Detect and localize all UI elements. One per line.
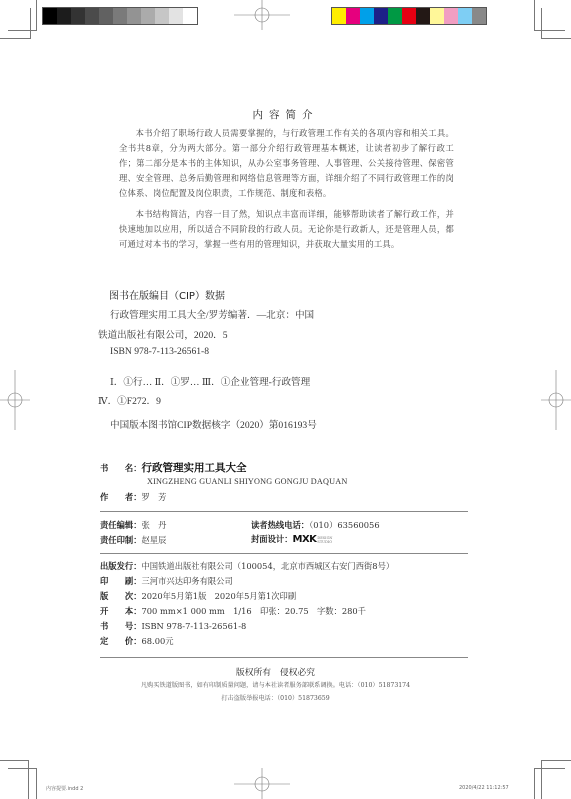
color-swatch bbox=[346, 8, 360, 24]
gray-swatch bbox=[183, 8, 197, 24]
color-swatch bbox=[402, 8, 416, 24]
author-label: 作 者： bbox=[100, 492, 142, 502]
gray-swatch bbox=[155, 8, 169, 24]
publisher-value: 中国铁道出版社有限公司（100054，北京市西城区右安门西街8号） bbox=[142, 561, 395, 571]
registration-mark-right-icon bbox=[531, 370, 571, 430]
format-row: 开 本：700 mm×1 000 mm 1/16 印张：20.75 字数：280… bbox=[100, 605, 366, 617]
color-swatch bbox=[430, 8, 444, 24]
edition-label: 版 次： bbox=[100, 591, 142, 601]
crop-mark-top-right-inner bbox=[541, 8, 571, 39]
edition-row: 版 次：2020年5月第1版 2020年5月第1次印刷 bbox=[100, 590, 296, 602]
cover-design-row: 封面设计：MXKDESIGN STUDIO bbox=[251, 533, 327, 545]
crop-mark-bottom-right-inner bbox=[534, 768, 565, 799]
cip-heading: 图书在版编目（CIP）数据 bbox=[109, 287, 225, 302]
color-swatch bbox=[388, 8, 402, 24]
printer-value: 三河市兴达印务有限公司 bbox=[142, 576, 233, 586]
color-swatch bbox=[374, 8, 388, 24]
mxk-logo-subtitle: DESIGN STUDIO bbox=[317, 536, 327, 544]
cip-classification-1: Ⅰ．①行… Ⅱ．①罗… Ⅲ．①企业管理-行政管理 bbox=[110, 374, 310, 388]
registration-mark-bottom-icon bbox=[232, 768, 292, 799]
format-label: 开 本： bbox=[100, 606, 142, 616]
cmyk-color-bar bbox=[331, 7, 487, 25]
copyright-heading: 版权所有 侵权必究 bbox=[0, 665, 561, 678]
color-swatch bbox=[444, 8, 458, 24]
copyright-service-note: 凡购买铁道版图书，如有印制质量问题，请与本社读者服务部联系调换。电话：（010）… bbox=[0, 680, 561, 689]
isbn-label: 书 号： bbox=[100, 621, 142, 631]
color-swatch bbox=[332, 8, 346, 24]
author-row: 作 者：罗 芳 bbox=[100, 491, 166, 503]
registration-mark-top-icon bbox=[232, 0, 292, 35]
cip-isbn: ISBN 978-7-113-26561-8 bbox=[110, 346, 209, 357]
cip-line-2: 铁道出版社有限公司，2020．5 bbox=[98, 327, 228, 341]
gray-swatch bbox=[99, 8, 113, 24]
divider-2 bbox=[100, 553, 468, 554]
format-value: 700 mm×1 000 mm 1/16 印张：20.75 字数：280千 bbox=[142, 606, 366, 616]
cip-classification-2: Ⅳ．①F272．9 bbox=[98, 393, 161, 407]
mxk-logo: MXK bbox=[293, 534, 317, 545]
color-swatch bbox=[416, 8, 430, 24]
editor-value: 张 丹 bbox=[142, 520, 167, 530]
cover-design-label: 封面设计： bbox=[251, 534, 293, 544]
book-title-value: 行政管理实用工具大全 bbox=[142, 462, 247, 474]
publisher-row: 出版发行：中国铁道出版社有限公司（100054，北京市西城区右安门西街8号） bbox=[100, 560, 394, 572]
gray-swatch bbox=[113, 8, 127, 24]
summary-paragraph-1: 本书介绍了职场行政人员需要掌握的，与行政管理工作有关的各项内容和相关工具。全书共… bbox=[119, 126, 454, 201]
crop-mark-top-left-inner bbox=[0, 8, 31, 39]
divider-3 bbox=[100, 657, 468, 658]
print-manager-row: 责任印制：赵星辰 bbox=[100, 534, 166, 546]
gray-swatch bbox=[71, 8, 85, 24]
gray-swatch bbox=[127, 8, 141, 24]
hotline-value: （010）63560056 bbox=[309, 520, 380, 530]
book-title-row: 书 名：行政管理实用工具大全 bbox=[100, 460, 247, 475]
summary-paragraph-2: 本书结构简洁，内容一目了然，知识点丰富而详细，能够帮助读者了解行政工作，并快速地… bbox=[119, 207, 454, 252]
isbn-value: ISBN 978-7-113-26561-8 bbox=[142, 621, 247, 631]
gray-swatch bbox=[43, 8, 57, 24]
printer-label: 印 刷： bbox=[100, 576, 142, 586]
hotline-label: 读者热线电话： bbox=[251, 520, 309, 530]
gray-swatch bbox=[169, 8, 183, 24]
price-value: 68.00元 bbox=[142, 636, 174, 646]
anti-piracy-hotline: 打击盗版举报电话：（010）51873659 bbox=[0, 693, 561, 702]
book-title-pinyin: XINGZHENG GUANLI SHIYONG GONGJU DAQUAN bbox=[147, 477, 347, 486]
isbn-row: 书 号：ISBN 978-7-113-26561-8 bbox=[100, 620, 246, 632]
author-value: 罗 芳 bbox=[142, 492, 167, 502]
gray-swatch bbox=[85, 8, 99, 24]
cip-line-1: 行政管理实用工具大全/罗芳编著．—北京：中国 bbox=[110, 307, 314, 321]
crop-mark-bottom-left-inner bbox=[8, 768, 37, 799]
cip-record-number: 中国版本图书馆CIP数据核字（2020）第016193号 bbox=[110, 417, 317, 431]
book-title-label: 书 名： bbox=[100, 463, 142, 473]
editor-row: 责任编辑：张 丹 bbox=[100, 519, 166, 531]
color-swatch bbox=[360, 8, 374, 24]
hotline-row: 读者热线电话：（010）63560056 bbox=[251, 519, 380, 531]
grayscale-color-bar bbox=[42, 7, 198, 25]
summary-title: 内容简介 bbox=[0, 107, 571, 122]
price-label: 定 价： bbox=[100, 636, 142, 646]
color-swatch bbox=[472, 8, 486, 24]
print-manager-label: 责任印制： bbox=[100, 535, 142, 545]
color-swatch bbox=[458, 8, 472, 24]
divider-1 bbox=[100, 511, 468, 512]
slug-timestamp: 2020/4/22 11:12:57 bbox=[459, 785, 509, 791]
price-row: 定 价：68.00元 bbox=[100, 635, 174, 647]
editor-label: 责任编辑： bbox=[100, 520, 142, 530]
slug-filename: 内容提要.indd 2 bbox=[46, 785, 83, 792]
publisher-label: 出版发行： bbox=[100, 561, 142, 571]
print-manager-value: 赵星辰 bbox=[142, 535, 167, 545]
gray-swatch bbox=[141, 8, 155, 24]
edition-value: 2020年5月第1版 2020年5月第1次印刷 bbox=[142, 591, 297, 601]
registration-mark-left-icon bbox=[0, 370, 40, 430]
printer-row: 印 刷：三河市兴达印务有限公司 bbox=[100, 575, 233, 587]
gray-swatch bbox=[57, 8, 71, 24]
